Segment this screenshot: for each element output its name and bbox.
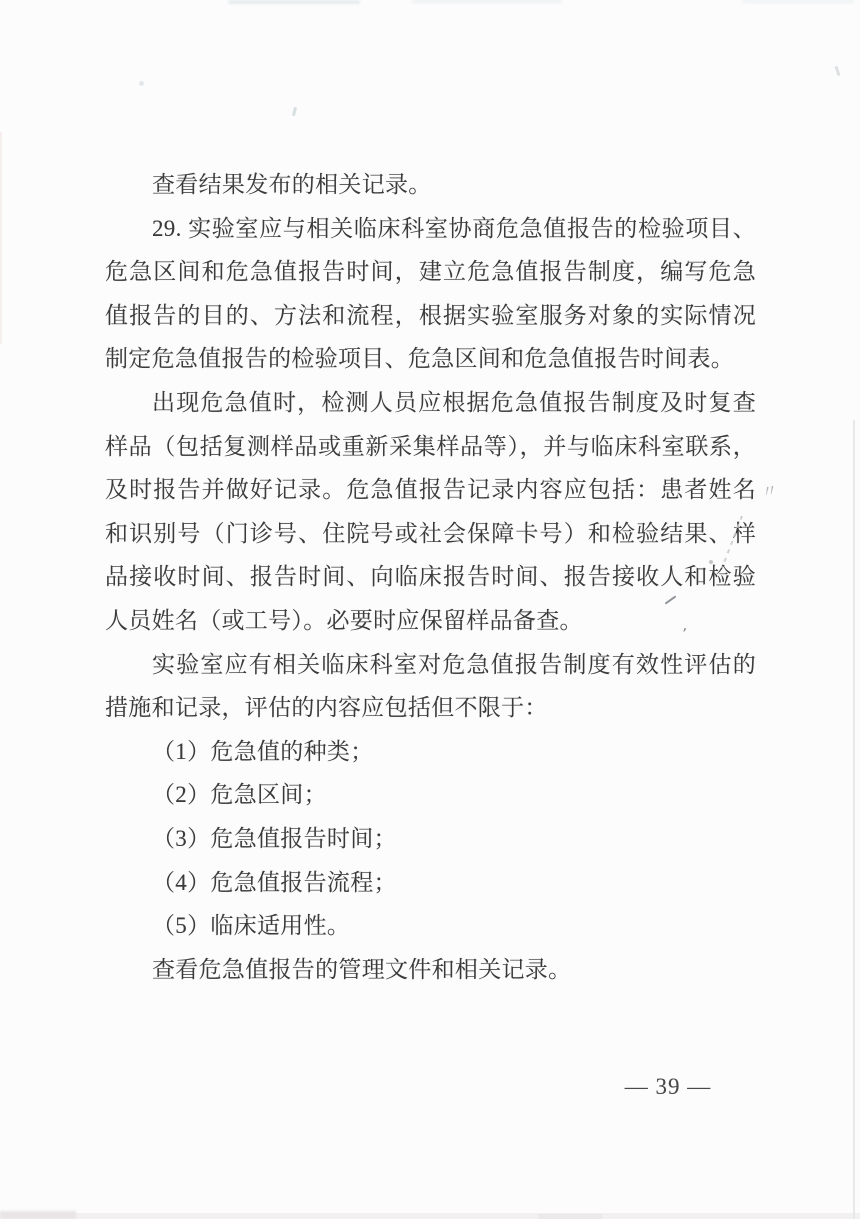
scan-smudge-top-middle bbox=[412, 0, 562, 3]
scan-edge-bottom-left bbox=[0, 1211, 76, 1219]
scan-smudge-top-left bbox=[228, 0, 360, 4]
pencil-ditto-mark: 〃 bbox=[759, 476, 780, 504]
page-number: — 39 — bbox=[608, 1074, 728, 1100]
list-item-5: （5）临床适用性。 bbox=[105, 904, 756, 948]
para-view-result-records: 查看结果发布的相关记录。 bbox=[105, 163, 756, 207]
scan-edge-left-tint bbox=[0, 132, 2, 344]
scan-speck bbox=[139, 81, 144, 86]
scan-edge-bottom bbox=[0, 1213, 860, 1219]
scan-edge-right-line bbox=[853, 420, 855, 1219]
scanned-document-page: 查看结果发布的相关记录。 29. 实验室应与相关临床科室协商危急值报告的检验项目… bbox=[0, 0, 860, 1219]
para-evaluation-measures: 实验室应有相关临床科室对危急值报告制度有效性评估的措施和记录，评估的内容应包括但… bbox=[105, 643, 756, 730]
scan-smudge-top-right bbox=[742, 0, 854, 3]
scan-speck bbox=[835, 66, 841, 76]
list-item-2: （2）危急区间； bbox=[105, 773, 756, 817]
para-view-management-docs: 查看危急值报告的管理文件和相关记录。 bbox=[105, 948, 756, 992]
list-item-3: （3）危急值报告时间； bbox=[105, 817, 756, 861]
list-item-1: （1）危急值的种类； bbox=[105, 730, 756, 774]
document-body: 查看结果发布的相关记录。 29. 实验室应与相关临床科室协商危急值报告的检验项目… bbox=[105, 163, 756, 991]
list-item-4: （4）危急值报告流程； bbox=[105, 861, 756, 905]
scan-edge-bottom-patch bbox=[538, 1214, 602, 1219]
para-critical-value-procedure: 出现危急值时，检测人员应根据危急值报告制度及时复查样品（包括复测样品或重新采集样… bbox=[105, 381, 756, 643]
para-clause-29: 29. 实验室应与相关临床科室协商危急值报告的检验项目、危急区间和危急值报告时间… bbox=[105, 207, 756, 381]
scan-speck bbox=[292, 107, 297, 116]
